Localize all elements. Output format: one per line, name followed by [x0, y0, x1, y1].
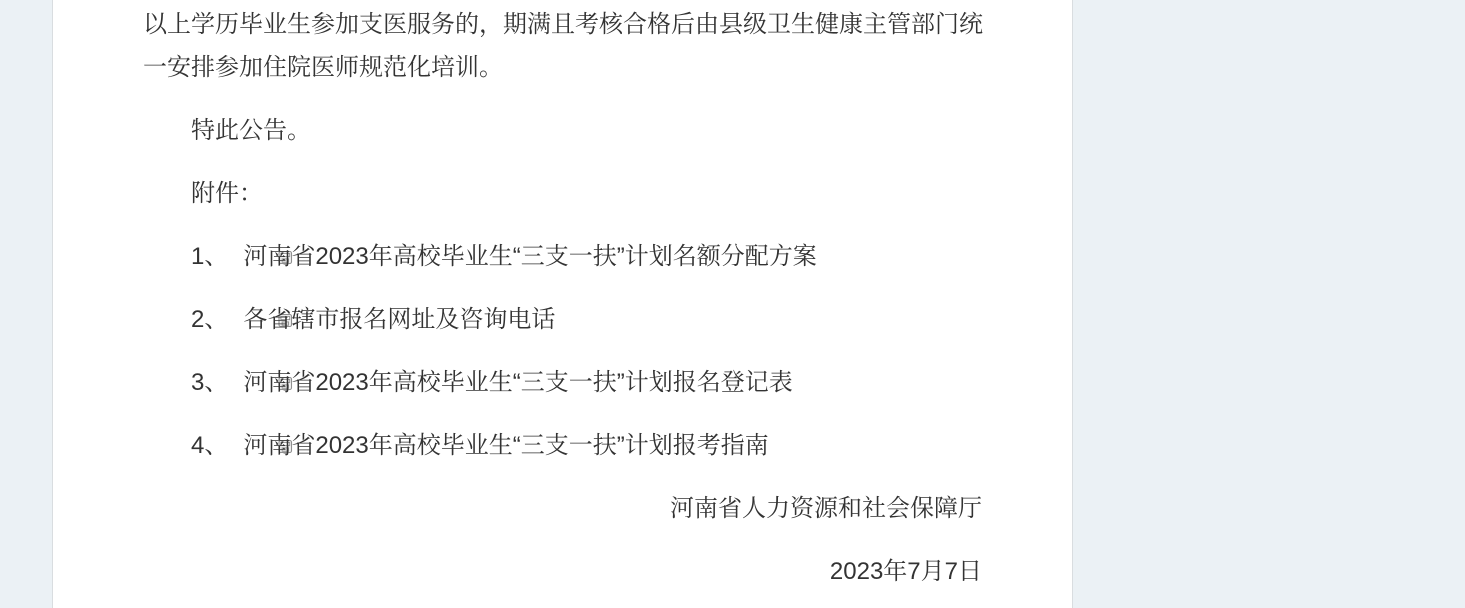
attachment-number: 1、: [191, 243, 228, 270]
attachment-item: 3、河南省2023年高校毕业生“三支一扶”计划报名登记表: [143, 361, 982, 404]
attachment-link[interactable]: 河南省2023年高校毕业生“三支一扶”计划报名登记表: [243, 369, 792, 396]
attachment-number: 4、: [191, 432, 228, 459]
attachment-item: 4、河南省2023年高校毕业生“三支一扶”计划报考指南: [143, 424, 982, 467]
signature-line: 河南省人力资源和社会保障厅: [143, 487, 982, 530]
paragraph-line: 以上学历毕业生参加支医服务的，期满且考核合格后由县级卫生健康主管部门统: [143, 3, 982, 46]
attachment-link[interactable]: 河南省2023年高校毕业生“三支一扶”计划报考指南: [243, 432, 768, 459]
attachment-link[interactable]: 河南省2023年高校毕业生“三支一扶”计划名额分配方案: [243, 243, 816, 270]
body-paragraph: 以上学历毕业生参加支医服务的，期满且考核合格后由县级卫生健康主管部门统 一安排参…: [143, 3, 982, 89]
attachment-item: 1、河南省2023年高校毕业生“三支一扶”计划名额分配方案: [143, 235, 982, 278]
attachment-number: 3、: [191, 369, 228, 396]
attachment-file-icon: [228, 361, 243, 376]
attachment-file-icon: [228, 298, 243, 313]
date-line: 2023年7月7日: [143, 550, 982, 593]
attachment-file-icon: [228, 235, 243, 250]
attachment-link[interactable]: 各省辖市报名网址及咨询电话: [243, 306, 555, 333]
page-background: { "page": { "background_color": "#ebf1f5…: [0, 0, 1465, 608]
attachment-file-icon: [228, 424, 243, 439]
page: 以上学历毕业生参加支医服务的，期满且考核合格后由县级卫生健康主管部门统 一安排参…: [0, 0, 1465, 608]
paragraph-line: 一安排参加住院医师规范化培训。: [143, 46, 982, 89]
attachments-label: 附件：: [143, 172, 982, 215]
closing-line: 特此公告。: [143, 109, 982, 152]
attachment-item: 2、各省辖市报名网址及咨询电话: [143, 298, 982, 341]
document-panel: 以上学历毕业生参加支医服务的，期满且考核合格后由县级卫生健康主管部门统 一安排参…: [52, 0, 1073, 608]
attachment-number: 2、: [191, 306, 228, 333]
